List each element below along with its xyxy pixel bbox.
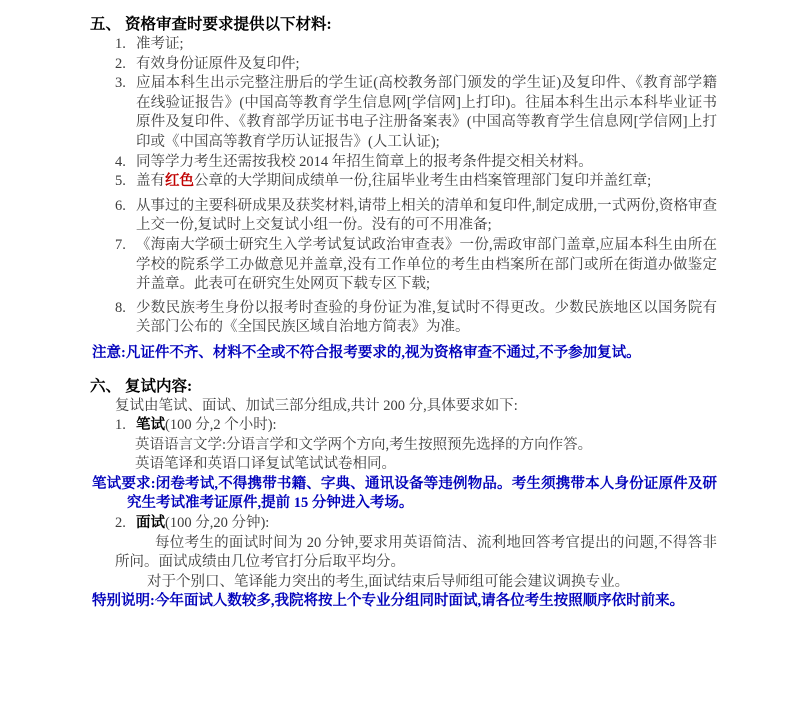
interview-paragraph-2: 对于个别口、笔译能力突出的考生,面试结束后导师组可能会建议调换专业。	[115, 573, 717, 593]
red-seal-highlight: 红色	[165, 173, 194, 189]
material-item-2: 2. 有效身份证原件及复印件;	[115, 55, 717, 75]
interview-title-line: 面试(100 分,20 分钟):	[136, 514, 717, 534]
item-number: 2.	[115, 55, 136, 75]
item-text: 盖有红色公章的大学期间成绩单一份,往届毕业考生由档案管理部门复印并盖红章;	[136, 172, 717, 192]
item-text: 同等学力考生还需按我校 2014 年招生简章上的报考条件提交相关材料。	[136, 153, 717, 173]
item-number: 3.	[115, 74, 136, 152]
material-item-7: 7. 《海南大学硕士研究生入学考试复试政治审查表》一份,需政审部门盖章,应届本科…	[115, 236, 717, 295]
written-exam-title: 笔试	[136, 417, 165, 433]
material-item-8: 8. 少数民族考生身份以报考时查验的身份证为准,复试时不得更改。少数民族地区以国…	[115, 299, 717, 338]
material-item-6: 6. 从事过的主要科研成果及获奖材料,请带上相关的清单和复印件,制定成册,一式两…	[115, 197, 717, 236]
written-exam-detail-1: 英语语言文学:分语言学和文学两个方向,考生按照预先选择的方向作答。	[135, 436, 717, 456]
item-text-prefix: 盖有	[136, 173, 165, 189]
item-number: 1.	[115, 35, 136, 55]
interview-title-suffix: (100 分,20 分钟):	[165, 515, 269, 531]
item-number: 8.	[115, 299, 136, 338]
interview-paragraph-1: 每位考生的面试时间为 20 分钟,要求用英语简洁、流利地回答考官提出的问题,不得…	[115, 534, 717, 573]
section-6-number: 六、	[90, 376, 125, 397]
material-item-3: 3. 应届本科生出示完整注册后的学生证(高校教务部门颁发的学生证)及复印件、《教…	[115, 74, 717, 152]
retest-intro: 复试由笔试、面试、加试三部分组成,共计 200 分,具体要求如下:	[115, 397, 717, 417]
item-number: 6.	[115, 197, 136, 236]
item-number: 1.	[115, 416, 136, 436]
written-exam-heading: 1. 笔试(100 分,2 个小时):	[115, 416, 717, 436]
item-text: 应届本科生出示完整注册后的学生证(高校教务部门颁发的学生证)及复印件、《教育部学…	[136, 74, 717, 152]
material-item-4: 4. 同等学力考生还需按我校 2014 年招生简章上的报考条件提交相关材料。	[115, 153, 717, 173]
written-exam-detail-2: 英语笔译和英语口译复试笔试试卷相同。	[135, 455, 717, 475]
item-number: 7.	[115, 236, 136, 295]
material-item-1: 1. 准考证;	[115, 35, 717, 55]
item-number: 4.	[115, 153, 136, 173]
item-text: 《海南大学硕士研究生入学考试复试政治审查表》一份,需政审部门盖章,应届本科生由所…	[136, 236, 717, 295]
qualification-notice: 注意:凡证件不齐、材料不全或不符合报考要求的,视为资格审查不通过,不予参加复试。	[92, 344, 717, 364]
section-5-title: 资格审查时要求提供以下材料:	[125, 16, 332, 33]
material-item-5: 5. 盖有红色公章的大学期间成绩单一份,往届毕业考生由档案管理部门复印并盖红章;	[115, 172, 717, 192]
written-exam-title-line: 笔试(100 分,2 个小时):	[136, 416, 717, 436]
written-exam-title-suffix: (100 分,2 个小时):	[165, 417, 277, 433]
item-text: 少数民族考生身份以报考时查验的身份证为准,复试时不得更改。少数民族地区以国务院有…	[136, 299, 717, 338]
interview-title: 面试	[136, 515, 165, 531]
item-text: 有效身份证原件及复印件;	[136, 55, 717, 75]
section-5-heading: 五、资格审查时要求提供以下材料:	[90, 14, 717, 35]
section-5: 五、资格审查时要求提供以下材料: 1. 准考证; 2. 有效身份证原件及复印件;…	[90, 14, 717, 364]
interview-special-note: 特别说明:今年面试人数较多,我院将按上个专业分组同时面试,请各位考生按照顺序依时…	[92, 592, 717, 612]
section-6-heading: 六、复试内容:	[90, 376, 717, 397]
section-6: 六、复试内容: 复试由笔试、面试、加试三部分组成,共计 200 分,具体要求如下…	[90, 376, 717, 613]
interview-heading: 2. 面试(100 分,20 分钟):	[115, 514, 717, 534]
item-number: 2.	[115, 514, 136, 534]
item-text: 从事过的主要科研成果及获奖材料,请带上相关的清单和复印件,制定成册,一式两份,资…	[136, 197, 717, 236]
written-exam-requirement: 笔试要求:闭卷考试,不得携带书籍、字典、通讯设备等违例物品。考生须携带本人身份证…	[92, 475, 717, 514]
document-page: 五、资格审查时要求提供以下材料: 1. 准考证; 2. 有效身份证原件及复印件;…	[0, 0, 793, 710]
item-text: 准考证;	[136, 35, 717, 55]
item-number: 5.	[115, 172, 136, 192]
section-6-title: 复试内容:	[125, 378, 192, 395]
section-5-number: 五、	[90, 14, 125, 35]
item-text-suffix: 公章的大学期间成绩单一份,往届毕业考生由档案管理部门复印并盖红章;	[194, 173, 651, 189]
